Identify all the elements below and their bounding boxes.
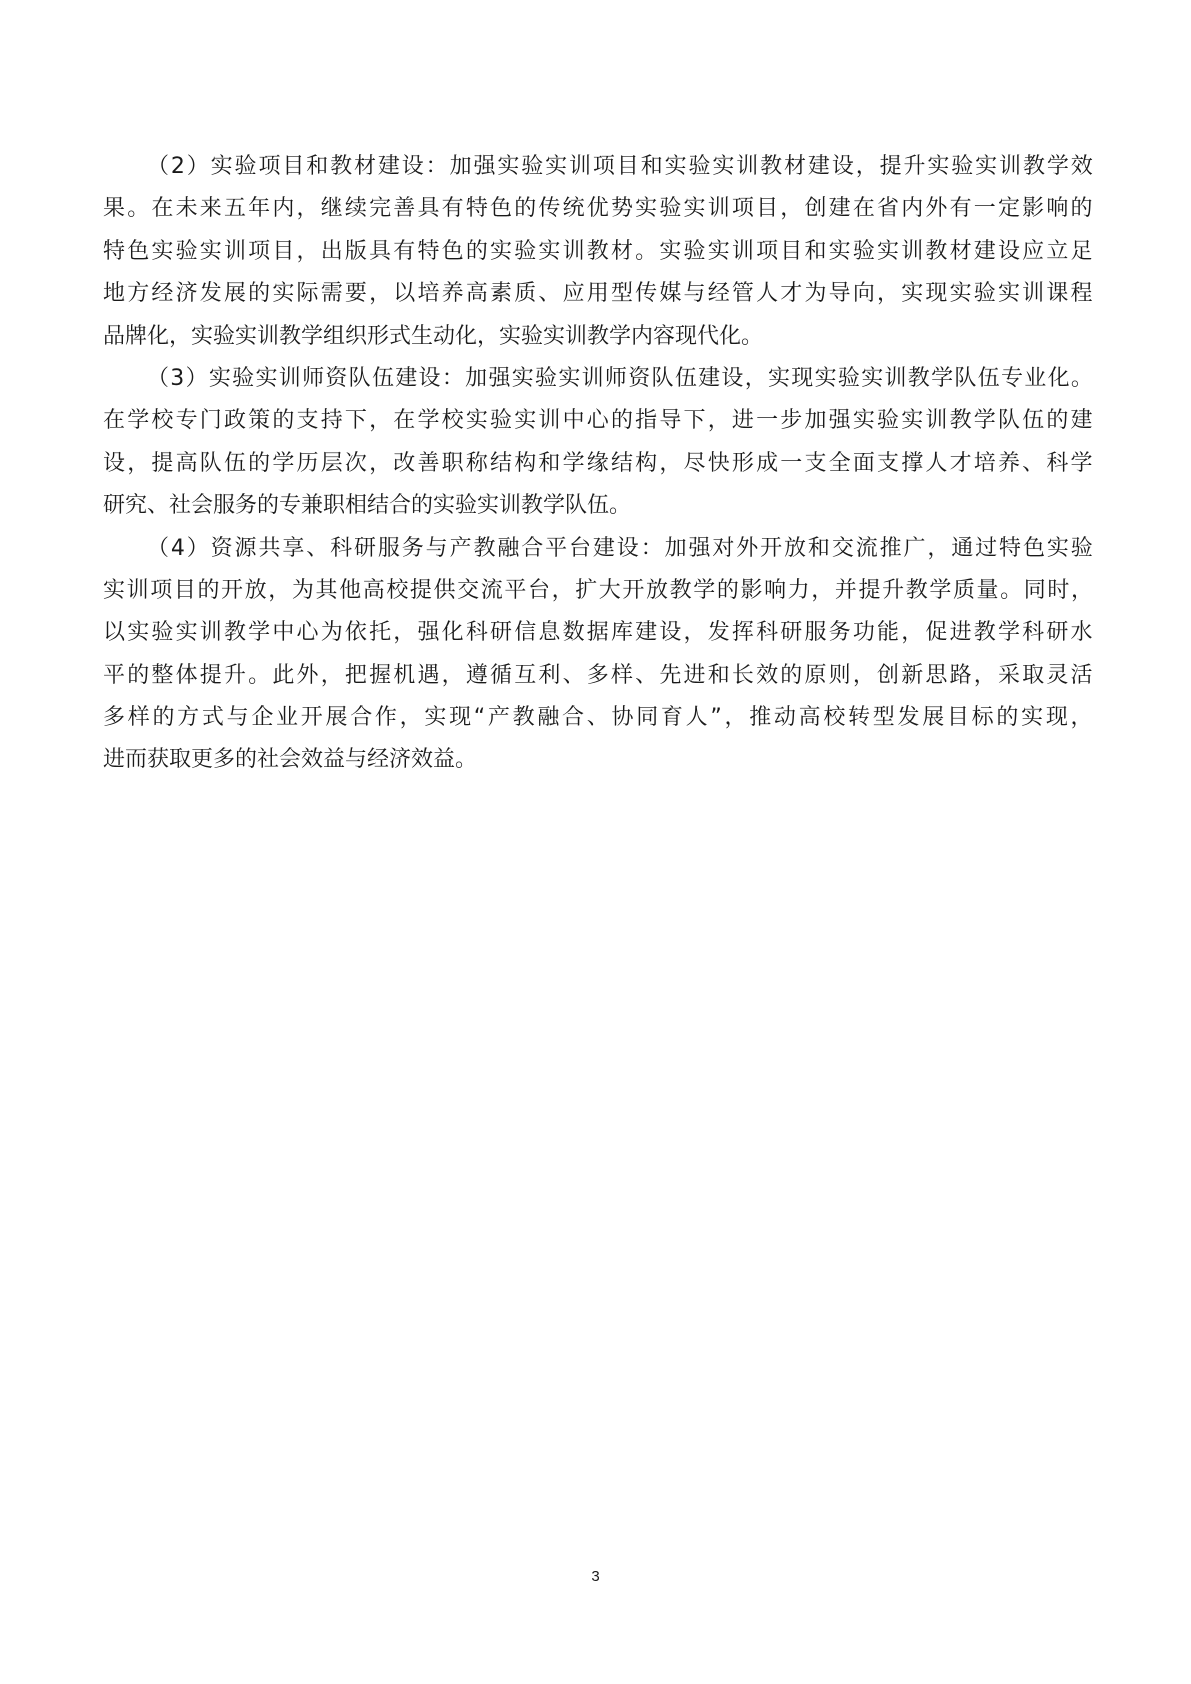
glyph: 展: [325, 697, 347, 739]
glyph: 培: [417, 273, 439, 315]
glyph: 实: [829, 231, 851, 273]
glyph: 型: [873, 697, 895, 739]
glyph: 实: [901, 400, 923, 442]
glyph: 程: [1071, 273, 1093, 315]
glyph: 加: [465, 358, 487, 400]
glyph: 学: [998, 612, 1020, 654]
glyph: 项: [756, 231, 778, 273]
glyph: 持: [321, 400, 343, 442]
glyph: 实: [901, 273, 923, 315]
glyph: 缘: [587, 443, 609, 485]
glyph: 具: [369, 231, 391, 273]
glyph: ，: [400, 697, 422, 739]
glyph: 教: [908, 358, 930, 400]
glyph: 验: [176, 231, 198, 273]
glyph: 验: [514, 231, 536, 273]
glyph: 学: [563, 443, 585, 485]
page-number: 3: [0, 1568, 1191, 1585]
glyph: 验: [684, 231, 706, 273]
glyph: 强: [473, 146, 495, 188]
glyph: 建: [974, 231, 996, 273]
glyph: 同: [1024, 570, 1046, 612]
glyph: 形: [732, 443, 754, 485]
glyph: 构: [514, 443, 536, 485]
glyph: ，: [552, 570, 574, 612]
glyph: 材: [354, 146, 376, 188]
glyph: 科: [1046, 443, 1068, 485]
glyph: 有: [950, 188, 972, 230]
glyph: 业: [1024, 358, 1046, 400]
glyph: 实: [538, 231, 560, 273]
glyph: 效: [1071, 146, 1093, 188]
glyph: 称: [466, 443, 488, 485]
glyph: 、: [587, 697, 609, 739]
glyph: 实: [255, 358, 277, 400]
glyph: 教: [760, 146, 782, 188]
glyph: 的: [248, 443, 270, 485]
text-line: 特色实验实训项目，出版具有特色的实验实训教材。实验实训项目和实验实训教材建设应立…: [103, 231, 1093, 273]
glyph: 合: [521, 528, 543, 570]
glyph: 用: [587, 273, 609, 315]
glyph: 式: [202, 697, 224, 739]
glyph: 方: [127, 273, 149, 315]
glyph: 才: [950, 443, 972, 485]
glyph: 推: [749, 697, 771, 739]
glyph: 提: [151, 443, 173, 485]
glyph: 队: [200, 443, 222, 485]
glyph: 训: [538, 400, 560, 442]
glyph: 长: [732, 655, 754, 697]
glyph: 济: [176, 273, 198, 315]
glyph: 的: [152, 697, 174, 739]
glyph: 原: [804, 655, 826, 697]
glyph: 训: [925, 400, 947, 442]
glyph: 新: [901, 655, 923, 697]
glyph: 材: [611, 231, 633, 273]
glyph: 信: [514, 612, 536, 654]
glyph: 下: [345, 400, 367, 442]
glyph: 交: [832, 528, 854, 570]
text-line: 以实验实训教学中心为依托，强化科研信息数据库建设，发挥科研服务功能，促进教学科研…: [103, 612, 1093, 654]
text-line: 多样的方式与企业开展合作，实现“产教融合、协同育人”，推动高校转型发展目标的实现…: [103, 697, 1093, 739]
glyph: 实: [975, 146, 997, 188]
glyph: 合: [562, 697, 584, 739]
glyph: ，: [745, 358, 767, 400]
glyph: 训: [279, 358, 301, 400]
glyph: 外: [736, 528, 758, 570]
glyph: 和: [641, 146, 663, 188]
glyph: 资: [628, 358, 650, 400]
glyph: （: [147, 146, 169, 188]
glyph: 的: [272, 400, 294, 442]
glyph: ，: [684, 612, 706, 654]
glyph: 教: [974, 612, 996, 654]
glyph: 互: [514, 655, 536, 697]
glyph: 训: [999, 146, 1021, 188]
glyph: 特: [103, 231, 125, 273]
glyph: 现: [925, 273, 947, 315]
glyph: 目: [780, 231, 802, 273]
glyph: 实: [272, 273, 294, 315]
glyph: 进: [950, 612, 972, 654]
glyph: 训: [200, 612, 222, 654]
glyph: 学: [693, 570, 715, 612]
glyph: 势: [611, 188, 633, 230]
glyph: 科: [330, 528, 352, 570]
glyph: 质: [514, 273, 536, 315]
glyph: 门: [200, 400, 222, 442]
glyph: 验: [490, 400, 512, 442]
glyph: 训: [127, 570, 149, 612]
glyph: 验: [974, 273, 996, 315]
glyph: 、: [1022, 443, 1044, 485]
glyph: 色: [490, 188, 512, 230]
glyph: ，: [442, 655, 464, 697]
glyph: 中: [272, 612, 294, 654]
glyph: 在: [151, 188, 173, 230]
glyph: 撑: [901, 443, 923, 485]
glyph: ，: [369, 400, 391, 442]
glyph: 实: [200, 231, 222, 273]
text-line: （4）资源共享、科研服务与产教融合平台建设：加强对外开放和交流推广，通过特色实验: [103, 528, 1093, 570]
glyph: 实: [424, 697, 446, 739]
glyph: 统: [563, 188, 585, 230]
glyph: 实: [877, 231, 899, 273]
glyph: 扩: [575, 570, 597, 612]
glyph: 验: [521, 146, 543, 188]
glyph: 实: [815, 358, 837, 400]
glyph: 量: [977, 570, 999, 612]
glyph: 教: [1023, 146, 1045, 188]
glyph: 项: [593, 146, 615, 188]
glyph: 和: [804, 231, 826, 273]
glyph: 导: [829, 273, 851, 315]
glyph: 出: [321, 231, 343, 273]
glyph: 项: [150, 570, 172, 612]
glyph: 发: [708, 612, 730, 654]
glyph: 的: [717, 570, 739, 612]
glyph: 验: [688, 146, 710, 188]
glyph: 心: [587, 400, 609, 442]
glyph: 广: [903, 528, 925, 570]
glyph: ，: [369, 443, 391, 485]
glyph: 化: [442, 612, 464, 654]
glyph: 训: [569, 146, 591, 188]
glyph: 目: [617, 146, 639, 188]
glyph: 目: [756, 188, 778, 230]
glyph: 与: [227, 697, 249, 739]
glyph: 并: [835, 570, 857, 612]
paragraph-resource-sharing-platform: （4）资源共享、科研服务与产教融合平台建设：加强对外开放和交流推广，通过特色实验…: [103, 528, 1093, 782]
glyph: 伍: [372, 358, 394, 400]
glyph: 全: [829, 443, 851, 485]
glyph: 心: [297, 612, 319, 654]
line-text: 研究、社会服务的专兼职相结合的实验实训教学队伍。: [103, 485, 631, 527]
glyph: 与: [426, 528, 448, 570]
glyph: 育: [661, 697, 683, 739]
glyph: 、: [538, 273, 560, 315]
glyph: 为: [321, 612, 343, 654]
glyph: 时: [1047, 570, 1069, 612]
glyph: 的: [127, 655, 149, 697]
glyph: 定: [998, 188, 1020, 230]
glyph: 伍: [1022, 400, 1044, 442]
glyph: 建: [1071, 400, 1093, 442]
glyph: 足: [1071, 231, 1093, 273]
glyph: 为: [292, 570, 314, 612]
glyph: 中: [563, 400, 585, 442]
glyph: 色: [127, 231, 149, 273]
glyph: 学: [417, 400, 439, 442]
glyph: 平: [504, 570, 526, 612]
glyph: 遵: [466, 655, 488, 697]
glyph: 体: [176, 655, 198, 697]
glyph: 支: [877, 443, 899, 485]
glyph: 设: [402, 146, 424, 188]
glyph: 继: [321, 188, 343, 230]
glyph: 科: [466, 612, 488, 654]
glyph: 加: [665, 528, 687, 570]
glyph: 实: [708, 231, 730, 273]
glyph: 机: [393, 655, 415, 697]
glyph: 学: [1071, 443, 1093, 485]
glyph: 媒: [659, 273, 681, 315]
glyph: 共: [258, 528, 280, 570]
line-text: 进而获取更多的社会效益与经济效益。: [103, 739, 477, 781]
glyph: 训: [736, 146, 758, 188]
text-line: 果。在未来五年内，继续完善具有特色的传统优势实验实训项目，创建在省内外有一定影响…: [103, 188, 1093, 230]
glyph: 在: [393, 400, 415, 442]
glyph: 享: [282, 528, 304, 570]
glyph: 响: [764, 570, 786, 612]
glyph: ，: [901, 612, 923, 654]
glyph: 供: [434, 570, 456, 612]
glyph: 专: [176, 400, 198, 442]
glyph: 一: [974, 188, 996, 230]
glyph: 教: [906, 570, 928, 612]
glyph: 能: [877, 612, 899, 654]
glyph: 建: [829, 188, 851, 230]
glyph: 下: [684, 400, 706, 442]
glyph: 科: [756, 612, 778, 654]
glyph: 现: [449, 697, 471, 739]
glyph: 台: [528, 570, 550, 612]
glyph: 训: [1022, 273, 1044, 315]
glyph: 促: [925, 612, 947, 654]
glyph: 转: [848, 697, 870, 739]
glyph: 平: [545, 528, 567, 570]
glyph: 此: [272, 655, 294, 697]
glyph: 校: [386, 570, 408, 612]
glyph: 。: [635, 231, 657, 273]
glyph: 尽: [684, 443, 706, 485]
glyph: 设: [419, 358, 441, 400]
glyph: 学: [929, 570, 951, 612]
glyph: 向: [853, 273, 875, 315]
glyph: 效: [756, 655, 778, 697]
text-line: 研究、社会服务的专兼职相结合的实验实训教学队伍。: [103, 485, 1093, 527]
glyph: 色: [442, 231, 464, 273]
text-line: 平的整体提升。此外，把握机遇，遵循互利、多样、先进和长效的原则，创新思路，采取灵…: [103, 655, 1093, 697]
glyph: 验: [853, 231, 875, 273]
glyph: 快: [708, 443, 730, 485]
glyph: 队: [954, 358, 976, 400]
glyph: 目: [282, 146, 304, 188]
glyph: 业: [276, 697, 298, 739]
glyph: 挥: [732, 612, 754, 654]
glyph: 方: [177, 697, 199, 739]
glyph: ，: [724, 697, 746, 739]
glyph: 经: [151, 273, 173, 315]
glyph: 实: [665, 146, 687, 188]
glyph: 升: [224, 655, 246, 697]
glyph: 强: [417, 612, 439, 654]
glyph: 实: [712, 146, 734, 188]
glyph: 师: [302, 358, 324, 400]
glyph: 有: [442, 188, 464, 230]
glyph: 资: [211, 528, 233, 570]
glyph: 高: [363, 570, 385, 612]
glyph: 善: [417, 443, 439, 485]
glyph: 外: [925, 188, 947, 230]
glyph: 实: [211, 146, 233, 188]
glyph: 教: [950, 400, 972, 442]
glyph: 融: [497, 528, 519, 570]
glyph: 进: [732, 400, 754, 442]
glyph: 地: [103, 273, 125, 315]
glyph: 研: [354, 528, 376, 570]
glyph: 有: [393, 231, 415, 273]
glyph: 五: [224, 188, 246, 230]
text-line: 实训项目的开放，为其他高校提供交流平台，扩大开放教学的影响力，并提升教学质量。同…: [103, 570, 1093, 612]
glyph: 验: [838, 358, 860, 400]
glyph: 版: [345, 231, 367, 273]
glyph: 样: [611, 655, 633, 697]
glyph: 取: [1022, 655, 1044, 697]
glyph: 实: [545, 146, 567, 188]
glyph: 项: [258, 146, 280, 188]
glyph: 型: [611, 273, 633, 315]
glyph: 结: [611, 443, 633, 485]
glyph: 台: [569, 528, 591, 570]
glyph: 开: [221, 570, 243, 612]
glyph: 特: [417, 231, 439, 273]
glyph: 教: [473, 528, 495, 570]
glyph: 验: [1071, 528, 1093, 570]
glyph: 流: [481, 570, 503, 612]
glyph: 目: [947, 697, 969, 739]
glyph: 养: [998, 443, 1020, 485]
glyph: 高: [799, 697, 821, 739]
glyph: 续: [345, 188, 367, 230]
glyph: 学: [974, 400, 996, 442]
glyph: 一: [756, 400, 778, 442]
glyph: 托: [369, 612, 391, 654]
glyph: 。: [248, 655, 270, 697]
glyph: 建: [635, 612, 657, 654]
glyph: 改: [393, 443, 415, 485]
glyph: 实: [950, 273, 972, 315]
glyph: 的: [248, 273, 270, 315]
glyph: 提: [200, 655, 222, 697]
glyph: ，: [393, 612, 415, 654]
glyph: 材: [784, 146, 806, 188]
glyph: 教: [670, 570, 692, 612]
glyph: 3: [170, 358, 184, 400]
glyph: 力: [788, 570, 810, 612]
glyph: 伍: [224, 443, 246, 485]
glyph: 训: [582, 358, 604, 400]
glyph: 交: [457, 570, 479, 612]
glyph: 经: [708, 273, 730, 315]
glyph: 他: [339, 570, 361, 612]
glyph: 验: [535, 358, 557, 400]
glyph: 务: [402, 528, 424, 570]
glyph: 人: [925, 443, 947, 485]
paragraph-teaching-staff: （3）实验实训师资队伍建设：加强实验实训师资队伍建设，实现实验实训教学队伍专业化…: [103, 358, 1093, 528]
glyph: 实: [466, 400, 488, 442]
glyph: 遇: [417, 655, 439, 697]
glyph: 先: [659, 655, 681, 697]
glyph: 善: [393, 188, 415, 230]
glyph: ，: [877, 273, 899, 315]
glyph: 务: [829, 612, 851, 654]
glyph: （: [147, 528, 169, 570]
glyph: 养: [442, 273, 464, 315]
glyph: 队: [652, 358, 674, 400]
glyph: 际: [297, 273, 319, 315]
glyph: 项: [732, 188, 754, 230]
glyph: 现: [791, 358, 813, 400]
glyph: 的: [466, 231, 488, 273]
glyph: ）: [187, 528, 209, 570]
glyph: 培: [974, 443, 996, 485]
glyph: 策: [248, 400, 270, 442]
glyph: 特: [466, 188, 488, 230]
glyph: 实: [209, 358, 231, 400]
glyph: 通: [951, 528, 973, 570]
glyph: 校: [151, 400, 173, 442]
glyph: 验: [235, 146, 257, 188]
glyph: 其: [315, 570, 337, 612]
glyph: 设: [103, 443, 125, 485]
glyph: 提: [859, 570, 881, 612]
glyph: 步: [780, 400, 802, 442]
glyph: ）: [187, 146, 209, 188]
glyph: 立: [1046, 231, 1068, 273]
glyph: 材: [950, 231, 972, 273]
glyph: 传: [635, 273, 657, 315]
glyph: 思: [925, 655, 947, 697]
line-text: 品牌化，实验实训教学组织形式生动化，实验实训教学内容现代化。: [103, 316, 763, 358]
glyph: 职: [442, 443, 464, 485]
glyph: 利: [538, 655, 560, 697]
glyph: 研: [780, 612, 802, 654]
glyph: 实: [490, 231, 512, 273]
glyph: 伍: [675, 358, 697, 400]
glyph: 应: [1022, 231, 1044, 273]
glyph: ，: [321, 655, 343, 697]
glyph: 建: [593, 528, 615, 570]
glyph: 训: [563, 231, 585, 273]
glyph: 源: [235, 528, 257, 570]
glyph: 队: [349, 358, 371, 400]
glyph: ，: [369, 273, 391, 315]
document-body: （2）实验项目和教材建设：加强实验实训项目和实验实训教材建设，提升实验实训教学效…: [103, 146, 1093, 782]
glyph: 训: [901, 231, 923, 273]
text-line: 设，提高队伍的学历层次，改善职称结构和学缘结构，尽快形成一支全面支撑人才培养、科…: [103, 443, 1093, 485]
glyph: 队: [998, 400, 1020, 442]
